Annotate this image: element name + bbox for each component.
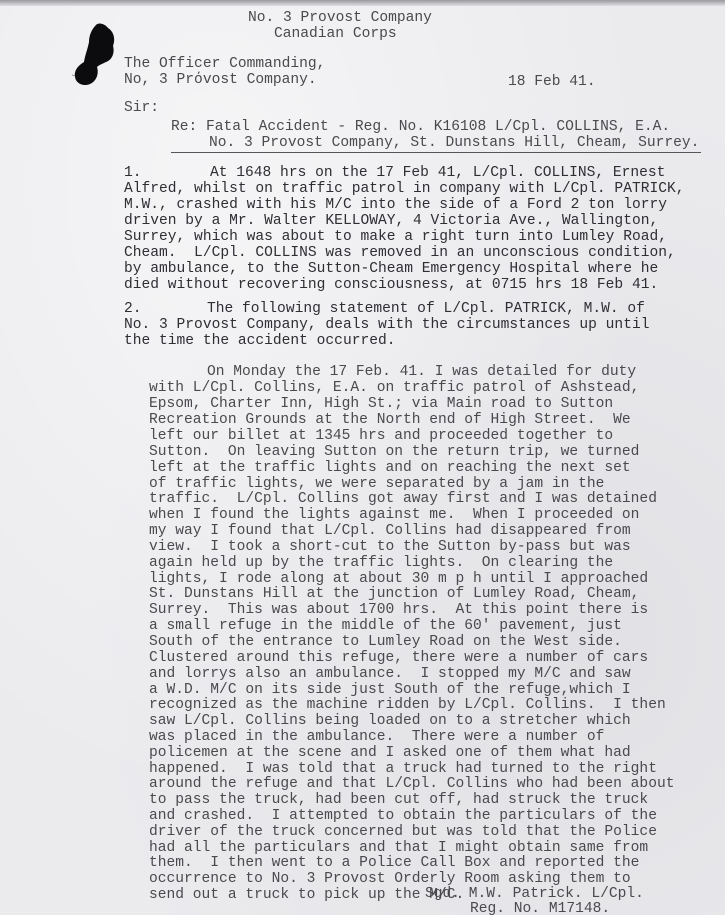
paragraph1-line: by ambulance, to the Sutton-Cheam Emerge… <box>124 261 658 277</box>
statement-line: saw L/Cpl. Collins being loaded on to a … <box>149 713 631 729</box>
statement-line: send out a truck to pick up the M/C. <box>149 887 464 903</box>
statement-line: policemen at the scene and I asked one o… <box>149 745 631 761</box>
scan-top-edge <box>0 0 725 6</box>
paragraph2-line: No. 3 Provost Company, deals with the ci… <box>124 317 649 333</box>
signature-reg-number: Reg. No. M17148. <box>470 901 610 915</box>
letterhead-corps: Canadian Corps <box>274 26 397 42</box>
paragraph1-line: died without recovering consciousness, a… <box>124 277 658 293</box>
statement-line: to pass the truck, had been cut off, had… <box>149 792 648 808</box>
statement-line: view. I took a short-cut to the Sutton b… <box>149 539 631 555</box>
statement-line: had all the particulars and that I might… <box>149 840 648 856</box>
statement-line: traffic. L/Cpl. Collins got away first a… <box>149 491 657 507</box>
statement-line: South of the entrance to Lumley Road on … <box>149 634 622 650</box>
statement-line: On Monday the 17 Feb. 41. I was detailed… <box>207 364 636 380</box>
paragraph2-number: 2. <box>124 301 142 317</box>
letterhead-company: No. 3 Provost Company <box>248 10 432 26</box>
recipient-line2: No, 3 Prόvost Company. <box>124 72 317 88</box>
statement-line: them. I then went to a Police Call Box a… <box>149 855 639 871</box>
statement-line: left at the traffic lights and on reachi… <box>149 460 631 476</box>
statement-line: around the refuge and that L/Cpl. Collin… <box>149 776 674 792</box>
statement-line: with L/Cpl. Collins, E.A. on traffic pat… <box>149 380 639 396</box>
statement-line: Surrey. This was about 1700 hrs. At this… <box>149 602 648 618</box>
statement-line: Recreation Grounds at the North end of H… <box>149 412 631 428</box>
statement-line: recognized as the machine ridden by L/Cp… <box>149 697 666 713</box>
subject-line1: Re: Fatal Accident - Reg. No. K16108 L/C… <box>171 119 670 135</box>
document-page: No. 3 Provost Company Canadian Corps The… <box>0 0 725 915</box>
paragraph1-line: Surrey, which was about to make a right … <box>124 229 667 245</box>
statement-line: driver of the truck concerned but was to… <box>149 824 657 840</box>
paragraph1-line: At 1648 hrs on the 17 Feb 41, L/Cpl. COL… <box>210 165 665 181</box>
statement-line: Sutton. On leaving Sutton on the return … <box>149 444 639 460</box>
statement-line: happened. I was told that a truck had tu… <box>149 761 657 777</box>
statement-line: Clustered around this refuge, there were… <box>149 650 648 666</box>
paragraph1-line: driven by a Mr. Walter KELLOWAY, 4 Victo… <box>124 213 658 229</box>
paragraph1-line: Cheam. L/Cpl. COLLINS was removed in an … <box>124 245 676 261</box>
statement-line: again held up by the traffic lights. On … <box>149 555 613 571</box>
recipient-line1: The Officer Commanding, <box>124 56 325 72</box>
signature-name: Sgd. M.W. Patrick. L/Cpl. <box>425 886 644 902</box>
letter-date: 18 Feb 41. <box>508 74 596 90</box>
subject-line2: No. 3 Provost Company, St. Dunstans Hill… <box>209 135 699 151</box>
statement-line: a small refuge in the middle of the 60' … <box>149 618 622 634</box>
statement-line: left our billet at 1345 hrs and proceede… <box>149 428 613 444</box>
paragraph1-number: 1. <box>124 165 142 181</box>
statement-line: a W.D. M/C on its side just South of the… <box>149 682 631 698</box>
paragraph1-line: Alfred, whilst on traffic patrol in comp… <box>124 181 685 197</box>
paragraph1-line: M.W., crashed with his M/C into the side… <box>124 197 667 213</box>
paragraph2-line: the time the accident occurred. <box>124 333 396 349</box>
salutation: Sir: <box>124 100 159 116</box>
statement-line: my way I found that L/Cpl. Collins had d… <box>149 523 631 539</box>
statement-line: and crashed. I attempted to obtain the p… <box>149 808 657 824</box>
paragraph2-line: The following statement of L/Cpl. PATRIC… <box>207 301 645 317</box>
statement-line: lights, I rode along at about 30 m p h u… <box>149 571 648 587</box>
statement-line: when I found the lights against me. When… <box>149 507 639 523</box>
ink-blot <box>72 20 122 90</box>
statement-line: and lorrys also an ambulance. I stopped … <box>149 666 631 682</box>
statement-line: occurrence to No. 3 Provost Orderly Room… <box>149 871 631 887</box>
statement-line: was placed in the ambulance. There were … <box>149 729 604 745</box>
statement-line: St. Dunstans Hill at the junction of Lum… <box>149 586 639 602</box>
statement-line: Epsom, Charter Inn, High St.; via Main r… <box>149 396 613 412</box>
statement-line: of traffic lights, we were separated by … <box>149 476 604 492</box>
